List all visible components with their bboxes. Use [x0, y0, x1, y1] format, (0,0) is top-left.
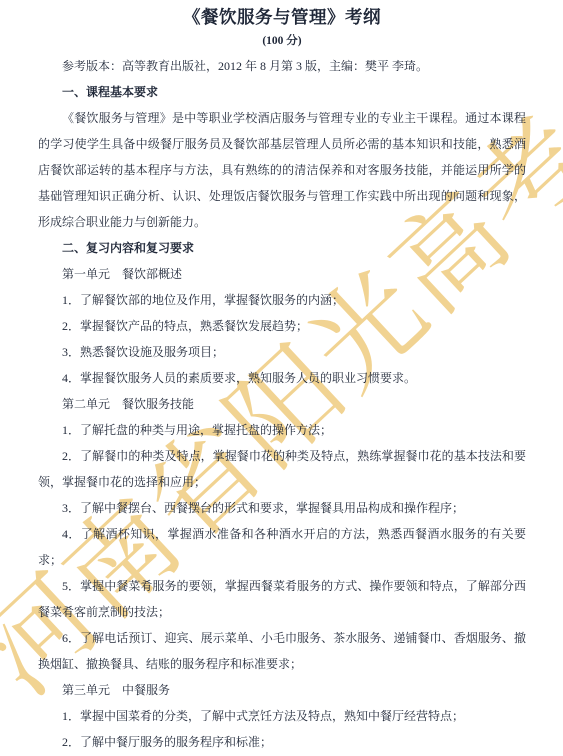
document-page: 河南省阳光高考 《餐饮服务与管理》考纲 (100 分) 参考版本：高等教育出版社… — [0, 0, 563, 756]
unit-3-title: 第三单元 中餐服务 — [38, 677, 526, 703]
unit-3-item-1: 1．掌握中国菜肴的分类，了解中式烹饪方法及特点，熟知中餐厅经营特点； — [38, 703, 526, 729]
unit-2-item-1: 1．了解托盘的种类与用途，掌握托盘的操作方法； — [38, 417, 526, 443]
unit-1-item-4: 4．掌握餐饮服务人员的素质要求，熟知服务人员的职业习惯要求。 — [38, 365, 526, 391]
section-1-heading: 一、课程基本要求 — [38, 79, 526, 105]
reference-edition-line: 参考版本：高等教育出版社，2012 年 8 月第 3 版，主编：樊平 李琦。 — [38, 53, 526, 79]
document-content: 《餐饮服务与管理》考纲 (100 分) 参考版本：高等教育出版社，2012 年 … — [38, 0, 526, 755]
unit-2-item-2: 2．了解餐巾的种类及特点，掌握餐巾花的种类及特点，熟练掌握餐巾花的基本技法和要领… — [38, 443, 526, 495]
unit-1-block: 第一单元 餐饮部概述 1．了解餐饮部的地位及作用，掌握餐饮服务的内涵； 2．掌握… — [38, 261, 526, 391]
section-2-heading: 二、复习内容和复习要求 — [38, 235, 526, 261]
page-title: 《餐饮服务与管理》考纲 — [38, 0, 526, 30]
unit-3-block: 第三单元 中餐服务 1．掌握中国菜肴的分类，了解中式烹饪方法及特点，熟知中餐厅经… — [38, 677, 526, 755]
unit-2-item-3: 3．了解中餐摆台、西餐摆台的形式和要求，掌握餐具用品构成和操作程序； — [38, 495, 526, 521]
unit-1-item-1: 1．了解餐饮部的地位及作用，掌握餐饮服务的内涵； — [38, 287, 526, 313]
unit-2-item-6: 6．了解电话预订、迎宾、展示菜单、小毛巾服务、茶水服务、递铺餐巾、香烟服务、撤换… — [38, 625, 526, 677]
unit-1-title: 第一单元 餐饮部概述 — [38, 261, 526, 287]
unit-2-item-4: 4．了解酒杯知识，掌握酒水准备和各种酒水开启的方法，熟悉西餐酒水服务的有关要求； — [38, 521, 526, 573]
unit-3-item-2: 2．了解中餐厅服务的服务程序和标准； — [38, 729, 526, 755]
unit-2-item-5: 5．掌握中餐菜肴服务的要领，掌握西餐菜肴服务的方式、操作要领和特点，了解部分西餐… — [38, 573, 526, 625]
unit-1-item-2: 2．掌握餐饮产品的特点，熟悉餐饮发展趋势； — [38, 313, 526, 339]
course-overview-paragraph: 《餐饮服务与管理》是中等职业学校酒店服务与管理专业的专业主干课程。通过本课程的学… — [38, 105, 526, 235]
score-note: (100 分) — [38, 30, 526, 53]
unit-1-item-3: 3．熟悉餐饮设施及服务项目； — [38, 339, 526, 365]
unit-2-block: 第二单元 餐饮服务技能 1．了解托盘的种类与用途，掌握托盘的操作方法； 2．了解… — [38, 391, 526, 677]
unit-2-title: 第二单元 餐饮服务技能 — [38, 391, 526, 417]
